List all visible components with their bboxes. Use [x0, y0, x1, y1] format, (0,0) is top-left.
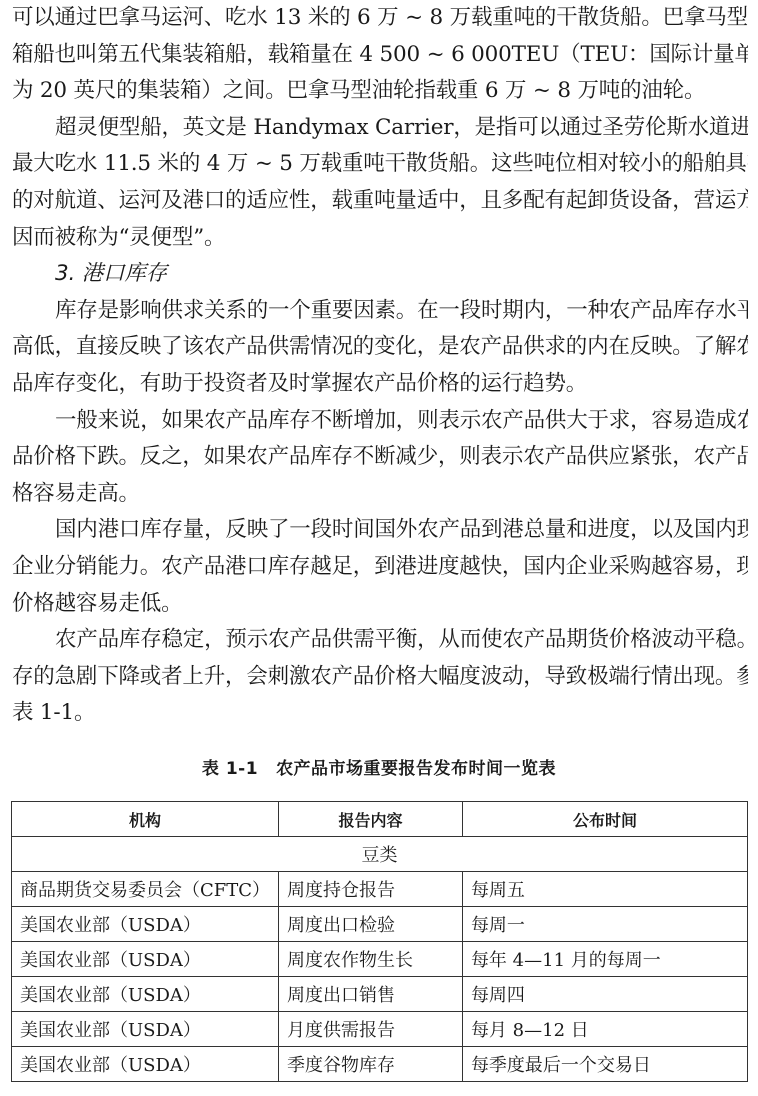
text-line: 表 1-1。	[12, 695, 748, 732]
header-release-time: 公布时间	[462, 802, 747, 837]
text-line: 可以通过巴拿马运河、吃水 13 米的 6 万 ~ 8 万载重吨的干散货船。巴拿马…	[12, 0, 748, 37]
cell-institution: 美国农业部（USDA）	[12, 907, 279, 942]
text-line: 库存是影响供求关系的一个重要因素。在一段时期内，一种农产品库存水平的	[12, 293, 748, 330]
cell-report-content: 月度供需报告	[279, 1012, 463, 1047]
text-line: 因而被称为“灵便型”。	[12, 220, 748, 257]
cell-report-content: 周度出口销售	[279, 977, 463, 1012]
cell-release-time: 每月 8—12 日	[462, 1012, 747, 1047]
cell-institution: 美国农业部（USDA）	[12, 1047, 279, 1082]
text-line: 超灵便型船，英文是 Handymax Carrier，是指可以通过圣劳伦斯水道进…	[12, 110, 748, 147]
text-line: 企业分销能力。农产品港口库存越足，到港进度越快，国内企业采购越容易，现货	[12, 549, 748, 586]
text-line: 最大吃水 11.5 米的 4 万 ~ 5 万载重吨干散货船。这些吨位相对较小的船…	[12, 146, 748, 183]
report-schedule-table: 机构 报告内容 公布时间 豆类 商品期货交易委员会（CFTC） 周度持仓报告 每…	[11, 801, 748, 1082]
text-line: 品库存变化，有助于投资者及时掌握农产品价格的运行趋势。	[12, 366, 748, 403]
cell-report-content: 季度谷物库存	[279, 1047, 463, 1082]
category-row: 豆类	[12, 837, 748, 872]
cell-release-time: 每周四	[462, 977, 747, 1012]
cell-institution: 美国农业部（USDA）	[12, 942, 279, 977]
text-line: 一般来说，如果农产品库存不断增加，则表示农产品供大于求，容易造成农产	[12, 403, 748, 440]
cell-release-time: 每周一	[462, 907, 747, 942]
table-header-row: 机构 报告内容 公布时间	[12, 802, 748, 837]
text-line: 存的急剧下降或者上升，会刺激农产品价格大幅度波动，导致极端行情出现。参见	[12, 659, 748, 696]
table-number: 表 1-1	[202, 759, 258, 779]
cell-institution: 商品期货交易委员会（CFTC）	[12, 872, 279, 907]
text-line: 的对航道、运河及港口的适应性，载重吨量适中，且多配有起卸货设备，营运方便灵活，	[12, 183, 748, 220]
text-line: 国内港口库存量，反映了一段时间国外农产品到港总量和进度，以及国内现货	[12, 512, 748, 549]
cell-release-time: 每年 4—11 月的每周一	[462, 942, 747, 977]
table-title: 农产品市场重要报告发布时间一览表	[276, 759, 556, 779]
section-heading: 3. 港口库存	[12, 256, 748, 293]
cell-report-content: 周度持仓报告	[279, 872, 463, 907]
table-row: 美国农业部（USDA） 月度供需报告 每月 8—12 日	[12, 1012, 748, 1047]
cell-report-content: 周度出口检验	[279, 907, 463, 942]
text-line: 价格越容易走低。	[12, 586, 748, 623]
body-text: 可以通过巴拿马运河、吃水 13 米的 6 万 ~ 8 万载重吨的干散货船。巴拿马…	[12, 0, 748, 732]
table-caption: 表 1-1农产品市场重要报告发布时间一览表	[0, 754, 758, 779]
table-row: 美国农业部（USDA） 周度农作物生长 每年 4—11 月的每周一	[12, 942, 748, 977]
cell-institution: 美国农业部（USDA）	[12, 977, 279, 1012]
table-row: 美国农业部（USDA） 周度出口销售 每周四	[12, 977, 748, 1012]
text-line: 为 20 英尺的集装箱）之间。巴拿马型油轮指载重 6 万 ~ 8 万吨的油轮。	[12, 73, 748, 110]
text-line: 品价格下跌。反之，如果农产品库存不断减少，则表示农产品供应紧张，农产品价	[12, 439, 748, 476]
category-label: 豆类	[12, 837, 748, 872]
table-row: 商品期货交易委员会（CFTC） 周度持仓报告 每周五	[12, 872, 748, 907]
cell-release-time: 每周五	[462, 872, 747, 907]
cell-release-time: 每季度最后一个交易日	[462, 1047, 747, 1082]
cell-institution: 美国农业部（USDA）	[12, 1012, 279, 1047]
table-row: 美国农业部（USDA） 周度出口检验 每周一	[12, 907, 748, 942]
text-line: 格容易走高。	[12, 476, 748, 513]
text-line: 箱船也叫第五代集装箱船，载箱量在 4 500 ~ 6 000TEU（TEU：国际…	[12, 37, 748, 74]
table-row: 美国农业部（USDA） 季度谷物库存 每季度最后一个交易日	[12, 1047, 748, 1082]
header-report-content: 报告内容	[279, 802, 463, 837]
text-line: 高低，直接反映了该农产品供需情况的变化，是农产品供求的内在反映。了解农产	[12, 329, 748, 366]
text-line: 农产品库存稳定，预示农产品供需平衡，从而使农产品期货价格波动平稳。库	[12, 622, 748, 659]
cell-report-content: 周度农作物生长	[279, 942, 463, 977]
header-institution: 机构	[12, 802, 279, 837]
document-page: 可以通过巴拿马运河、吃水 13 米的 6 万 ~ 8 万载重吨的干散货船。巴拿马…	[12, 0, 748, 732]
